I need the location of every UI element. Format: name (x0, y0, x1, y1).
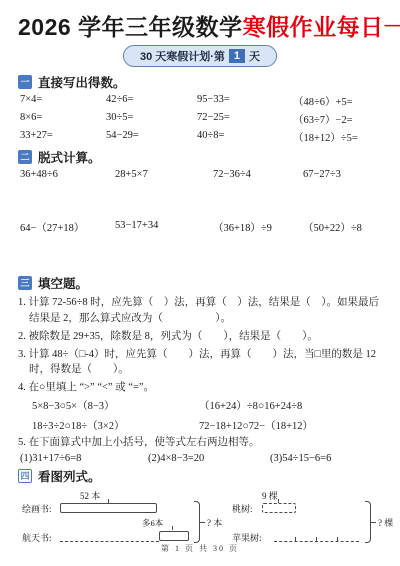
section-2-title: 脱式计算。 (38, 148, 101, 166)
books-brace-label: ? 本 (207, 516, 222, 529)
oral-calculation-grid: 7×4= 42÷6= 95−33= （48÷6）+5= 8×6= 30÷5= 7… (20, 94, 382, 145)
stepwise-item: 28+5×7 (115, 169, 213, 220)
section-3-number-icon: 三 (18, 276, 32, 290)
badge-suffix: 天 (249, 48, 260, 64)
day-number-badge: 1 (229, 49, 245, 63)
trees-total-brace (365, 501, 371, 543)
oral-item: 42÷6= (106, 94, 197, 109)
tick-mark (295, 537, 296, 541)
section-3-title: 填空题。 (38, 274, 88, 292)
books-top-label: 52 本 (80, 489, 100, 502)
page-title: 2026 学年三年级数学寒假作业每日一练 (18, 14, 382, 40)
parentheses-grid: (1)31+17÷6=8 (2)4×8−3=20 (3)54÷15−6=6 (20, 453, 382, 464)
more-books-label: 多6本 (142, 517, 163, 529)
section-2-header: 二 脱式计算。 (18, 148, 382, 166)
parentheses-item: (2)4×8−3=20 (148, 453, 270, 464)
blank-question-4: 4. 在○里填上 “>” “<” 或 “=”。 (18, 380, 382, 396)
oral-item: 95−33= (197, 94, 293, 109)
section-4-number-icon: 四 (18, 469, 32, 483)
stepwise-item: （50+22）÷8 (303, 220, 382, 271)
oral-item: 40÷8= (197, 130, 293, 145)
oral-item: 8×6= (20, 112, 106, 127)
space-books-label: 航天书: (22, 531, 52, 544)
section-4-title: 看图列式。 (38, 467, 101, 485)
stepwise-item: 53−17+34 (115, 220, 213, 271)
books-total-brace (194, 501, 200, 543)
trees-top-label: 9 棵 (262, 489, 278, 502)
stepwise-item: 36+48÷6 (20, 169, 115, 220)
oral-item: 54−29= (106, 130, 197, 145)
tick-mark (316, 537, 317, 541)
trees-brace-label: ? 棵 (378, 516, 393, 529)
parentheses-item: (3)54÷15−6=6 (270, 453, 382, 464)
stepwise-item: 67−27÷3 (303, 169, 382, 220)
comparison-item: 5×8−3○5×（8−3） (32, 398, 199, 413)
parentheses-item: (1)31+17÷6=8 (20, 453, 148, 464)
section-1-title: 直接写出得数。 (38, 73, 126, 91)
comparison-item: （16+24）÷8○16+24÷8 (199, 398, 382, 413)
blank-question-5: 5. 在下面算式中加上小括号，使等式左右两边相等。 (18, 435, 382, 451)
oral-item: （48÷6）+5= (293, 94, 382, 109)
space-books-dashed-line (60, 532, 159, 542)
oral-item: （18+12）÷5= (293, 130, 382, 145)
page-number-footer: 第 1 页 共 30 页 (0, 543, 400, 554)
paint-books-label: 绘画书: (22, 502, 52, 515)
apple-trees-label: 苹果树: (232, 531, 262, 544)
tick-mark (172, 526, 173, 530)
stepwise-item: 72−36÷4 (213, 169, 303, 220)
oral-item: （63÷7）−2= (293, 112, 382, 127)
title-red-part: 寒假作业每日一练 (243, 14, 400, 40)
paint-books-bar (60, 503, 157, 513)
oral-item: 7×4= (20, 94, 106, 109)
space-books-extra-bar (159, 531, 189, 541)
blank-question-3: 3. 计算 48÷（□-4）时，应先算（ ）法，再算（ ）法，当□里的数是 12… (18, 347, 382, 379)
stepwise-calculation-grid: 36+48÷6 28+5×7 72−36÷4 67−27÷3 64−（27+18… (20, 169, 382, 271)
plan-badge: 30 天寒假计划·第 1 天 (123, 45, 277, 67)
comparison-item: 18÷3÷2○18÷（3×2） (32, 418, 199, 433)
comparison-item: 72−18+12○72−（18+12） (199, 418, 382, 433)
blank-question-2: 2. 被除数是 29+35，除数是 8，列式为（ ），结果是（ ）。 (18, 329, 382, 345)
tick-mark (337, 537, 338, 541)
stepwise-item: 64−（27+18） (20, 220, 115, 271)
section-1-number-icon: 一 (18, 75, 32, 89)
section-3-header: 三 填空题。 (18, 274, 382, 292)
title-black-part: 2026 学年三年级数学 (18, 14, 243, 40)
oral-item: 30÷5= (106, 112, 197, 127)
peach-trees-label: 桃树: (232, 502, 253, 515)
blank-question-1: 1. 计算 72-56÷8 时，应先算（ ）法，再算（ ）法，结果是（ ）。如果… (18, 295, 382, 327)
oral-item: 72−25= (197, 112, 293, 127)
stepwise-item: （36+18）÷9 (213, 220, 303, 271)
comparison-grid: 5×8−3○5×（8−3） （16+24）÷8○16+24÷8 18÷3÷2○1… (32, 398, 382, 433)
section-1-header: 一 直接写出得数。 (18, 73, 382, 91)
badge-prefix: 30 天寒假计划·第 (140, 48, 225, 64)
section-4-header: 四 看图列式。 (18, 467, 382, 485)
worksheet-page: 2026 学年三年级数学寒假作业每日一练 30 天寒假计划·第 1 天 一 直接… (0, 0, 400, 566)
peach-trees-bar (262, 503, 296, 513)
oral-item: 33+27= (20, 130, 106, 145)
section-2-number-icon: 二 (18, 150, 32, 164)
